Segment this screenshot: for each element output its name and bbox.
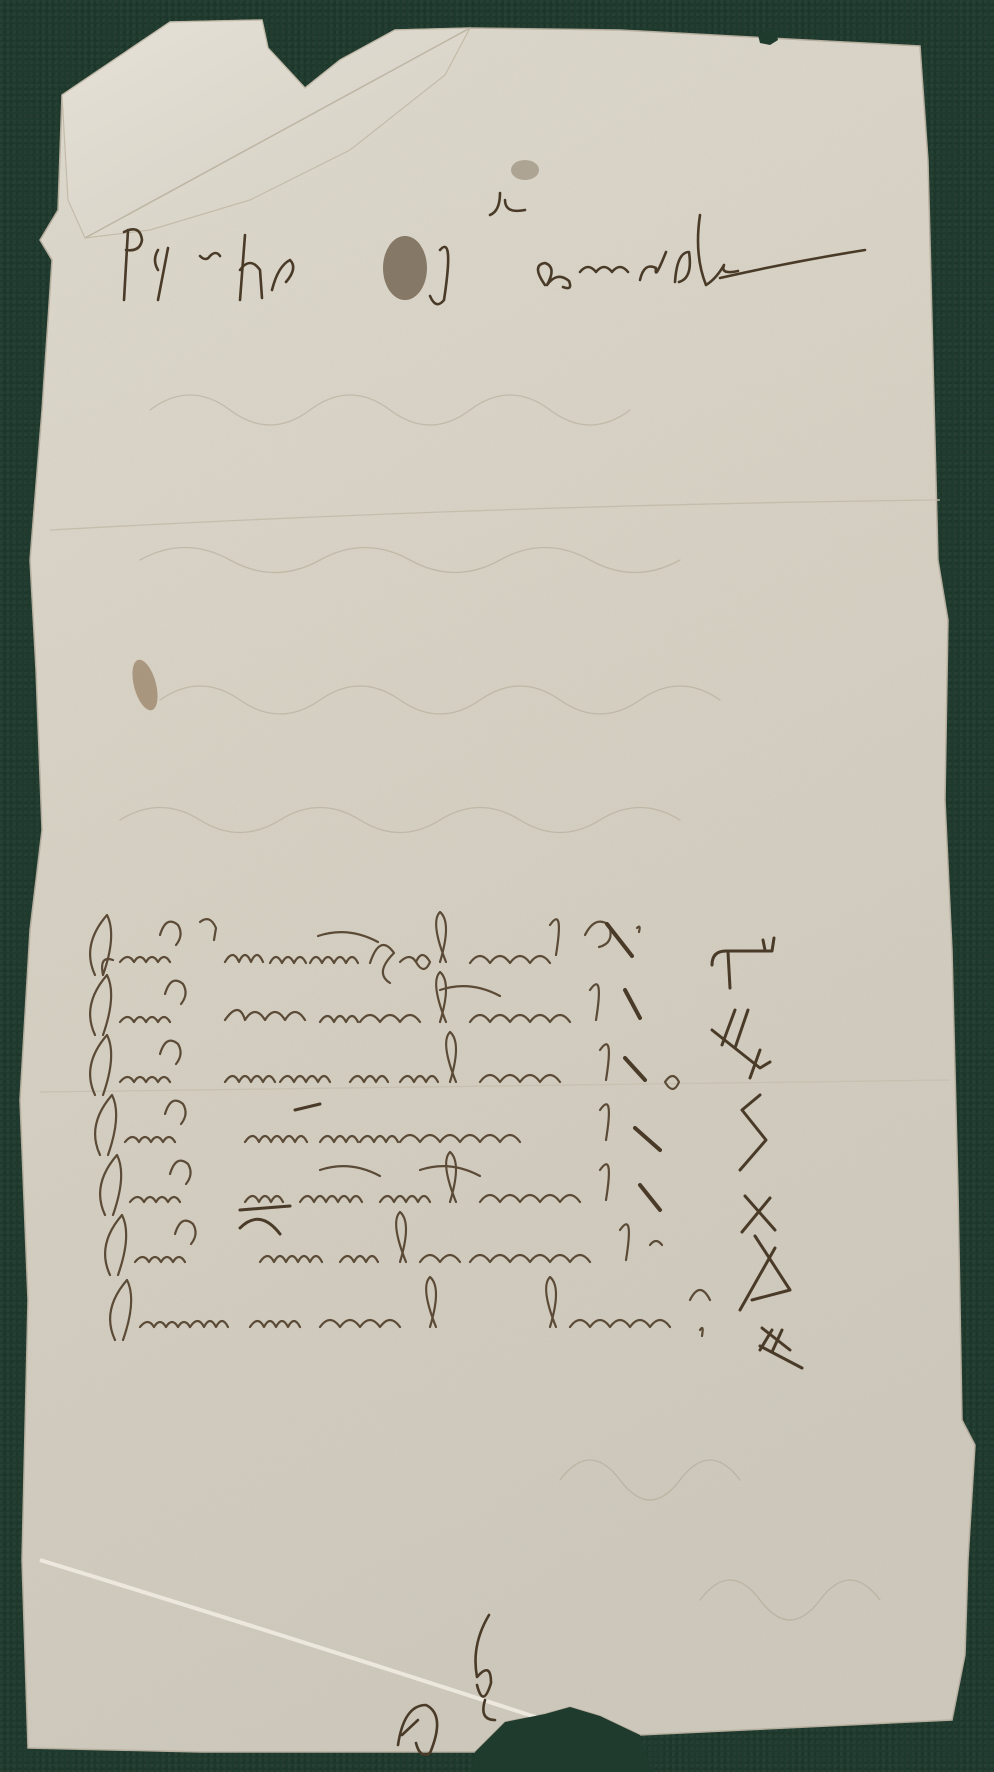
paper-grain xyxy=(0,0,994,1772)
manuscript-sheet xyxy=(0,0,994,1772)
ink-blot xyxy=(383,236,427,300)
ink-smudge xyxy=(511,160,539,180)
